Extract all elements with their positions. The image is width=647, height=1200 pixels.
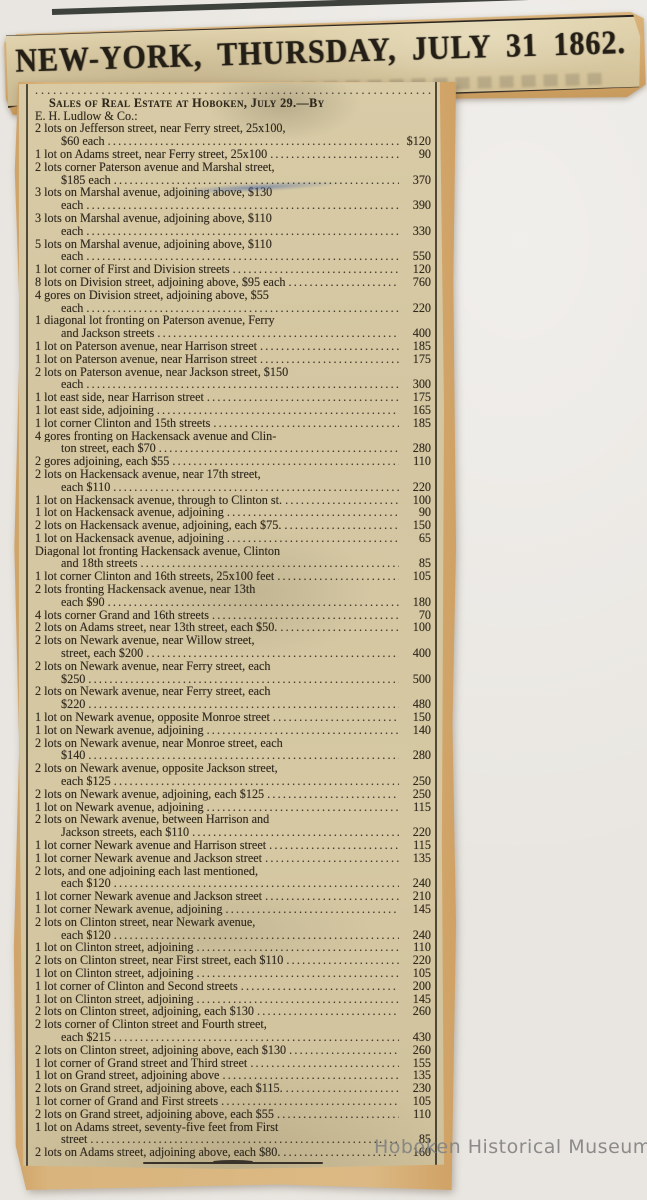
sale-price: 110 (399, 1108, 431, 1121)
dot-leader: ........................................… (283, 954, 399, 967)
sale-price: 115 (399, 801, 431, 814)
newsprint-column: ........................................… (19, 82, 444, 1169)
sale-description: 2 lots on Newark avenue, adjoining, each… (35, 788, 264, 801)
sale-entry: 1 lot corner Clinton and 16th streets, 2… (35, 570, 431, 583)
sale-entry: 2 lots, and one adjoining each last ment… (35, 865, 431, 891)
article-text-area: ........................................… (26, 82, 437, 1166)
sale-entry: 2 lots on Clinton street, adjoining, eac… (35, 1005, 431, 1018)
sale-entry: 2 lots on Newark avenue, opposite Jackso… (35, 762, 431, 788)
sale-entry: 5 lots on Marshal avenue, adjoining abov… (35, 238, 431, 264)
sale-price: 500 (399, 673, 431, 686)
sale-description: 1 lot corner Clinton and 15th streets (35, 417, 210, 430)
sale-description: 4 gores on Division street, adjoining ab… (35, 289, 431, 302)
sale-entry: 4 gores fronting on Hackensack avenue an… (35, 430, 431, 456)
dot-leader: ........................................… (193, 967, 399, 980)
sale-entry: 2 lots on Newark avenue, adjoining, each… (35, 788, 431, 801)
sale-entry: 1 lot corner Newark avenue, adjoining...… (35, 903, 431, 916)
sale-description: 2 lots on Newark avenue, near Ferry stre… (35, 685, 431, 698)
sale-description: each $125 (35, 775, 111, 788)
sale-price: 100 (399, 621, 431, 634)
dot-leader: ........................................… (204, 801, 399, 814)
sale-entry: 8 lots on Division street, adjoining abo… (35, 276, 431, 289)
sale-description: 1 lot on Clinton street, adjoining (35, 967, 193, 980)
sale-description: 2 lots on Hackensack avenue, adjoining, … (35, 519, 281, 532)
sale-description: 2 lots corner Paterson avenue and Marsha… (35, 161, 431, 174)
sale-entry: 1 lot corner of Clinton and Second stree… (35, 980, 431, 993)
sale-description: 1 lot on Adams street, seventy-five feet… (35, 1121, 431, 1134)
sale-description: 1 lot on Newark avenue, adjoining (35, 724, 204, 737)
sale-price: 280 (399, 749, 431, 762)
end-rule (143, 1162, 323, 1166)
sale-price: 150 (399, 711, 431, 724)
sale-description: 5 lots on Marshal avenue, adjoining abov… (35, 238, 431, 251)
sale-description: 2 lots on Newark avenue, near Monroe str… (35, 737, 431, 750)
sale-entry: 1 lot on Newark avenue, opposite Monroe … (35, 711, 431, 724)
sale-entry: 2 lots on Adams street, near 13th street… (35, 621, 431, 634)
sale-entry: 1 lot corner Clinton and 15th streets...… (35, 417, 431, 430)
sale-price: 90 (399, 148, 431, 161)
sale-description: 1 lot on Paterson avenue, near Harrison … (35, 340, 257, 353)
sale-entry: 1 lot on Clinton street, adjoining......… (35, 967, 431, 980)
sale-description: each $110 (35, 481, 110, 494)
torn-edge-sliver (52, 0, 637, 15)
sale-entry: 2 lots on Clinton street, adjoining abov… (35, 1044, 431, 1057)
sale-entry: 1 diagonal lot fronting on Paterson aven… (35, 314, 431, 340)
sale-description: 2 lots on Newark avenue, near Ferry stre… (35, 660, 431, 673)
sale-price: 140 (399, 724, 431, 737)
sale-description: $185 each (35, 174, 111, 187)
sale-description: each (35, 225, 83, 238)
sale-price: 260 (399, 1044, 431, 1057)
sale-entry: 1 lot on Hackensack avenue, adjoining...… (35, 532, 431, 545)
sale-entry: 2 lots on Grand street, adjoining above,… (35, 1108, 431, 1121)
dot-leader: ........................................… (264, 788, 399, 801)
sale-entry: 2 lots on Clinton street, near Newark av… (35, 916, 431, 942)
sale-description: 2 lots on Paterson avenue, near Jackson … (35, 366, 431, 379)
sale-description: 2 gores adjoining, each $55 (35, 455, 169, 468)
dot-leader: ........................................… (224, 532, 399, 545)
sale-entry: 1 lot on Newark avenue, adjoining.......… (35, 724, 431, 737)
dot-leader: ........................................… (143, 647, 399, 660)
sale-price: 430 (399, 1031, 431, 1044)
article-byline: E. H. Ludlow & Co.: (35, 110, 431, 123)
sale-description: 2 lots on Clinton street, near Newark av… (35, 916, 431, 929)
sale-entry: 2 lots on Newark avenue, near Willow str… (35, 634, 431, 660)
sale-price: 185 (399, 417, 431, 430)
sale-description: each (35, 199, 83, 212)
sale-description: 2 lots on Adams street, near 13th street… (35, 621, 277, 634)
dot-leader: ........................................… (105, 596, 399, 609)
sale-price: 175 (399, 391, 431, 404)
dot-leader: ........................................… (286, 1044, 399, 1057)
sale-price: 200 (399, 980, 431, 993)
sale-description: 2 lots on Clinton street, adjoining abov… (35, 1044, 286, 1057)
dot-leader: ........................................… (267, 148, 399, 161)
sale-price: 175 (399, 353, 431, 366)
dot-leader: ........................................… (285, 276, 399, 289)
sale-entry: 1 lot east side, near Harrison street...… (35, 391, 431, 404)
sale-price: 390 (399, 199, 431, 212)
sale-entry: Diagonal lot fronting Hackensack avenue,… (35, 545, 431, 571)
sale-price: 165 (399, 404, 431, 417)
sale-entry: 2 lots on Newark avenue, near Monroe str… (35, 737, 431, 763)
sale-entry: 2 lots corner of Clinton street and Four… (35, 1018, 431, 1044)
sale-price: 250 (399, 788, 431, 801)
dot-leader: ........................................… (111, 775, 399, 788)
dot-leader: ........................................… (210, 417, 399, 430)
sale-price: 145 (399, 903, 431, 916)
dot-leader: ........................................… (238, 980, 399, 993)
sale-entry: 1 lot on Newark avenue, adjoining.......… (35, 801, 431, 814)
sale-price: 220 (399, 481, 431, 494)
dot-leader: ........................................… (257, 353, 399, 366)
sale-price: 105 (399, 570, 431, 583)
sale-entry: 2 lots on Jefferson street, near Ferry s… (35, 122, 431, 148)
sale-description: 1 lot corner of Grand and First streets (35, 1095, 218, 1108)
dot-leader: ........................................… (274, 570, 399, 583)
sale-price: 400 (399, 647, 431, 660)
sale-price: 105 (399, 1095, 431, 1108)
dot-leader: ........................................… (83, 225, 399, 238)
sale-price: 110 (399, 455, 431, 468)
sale-price: 330 (399, 225, 431, 238)
sales-list: 2 lots on Jefferson street, near Ferry s… (35, 122, 431, 1159)
sale-description: $140 (35, 749, 85, 762)
sale-price: 150 (399, 519, 431, 532)
dot-leader: ........................................… (254, 1005, 399, 1018)
sale-description: 2 lots on Clinton street, adjoining, eac… (35, 1005, 254, 1018)
dot-leader: ........................................… (262, 890, 399, 903)
sale-entry: 2 lots corner Paterson avenue and Marsha… (35, 161, 431, 187)
sale-description: $250 (35, 673, 85, 686)
sale-price: 185 (399, 340, 431, 353)
sale-entry: 1 lot corner Newark avenue and Harrison … (35, 839, 431, 852)
dot-leader: ........................................… (283, 1082, 399, 1095)
sale-description: 2 lots on Hackensack avenue, near 17th s… (35, 468, 431, 481)
dot-leader: ........................................… (85, 673, 399, 686)
dot-leader: ........................................… (274, 1108, 399, 1121)
sale-description: 1 lot corner Newark avenue, adjoining (35, 903, 222, 916)
sale-entry: 2 gores adjoining, each $55.............… (35, 455, 431, 468)
sale-description: each (35, 302, 83, 315)
sale-description: 1 lot east side, near Harrison street (35, 391, 204, 404)
sale-entry: 3 lots on Marshal avenue, adjoining abov… (35, 212, 431, 238)
dot-leader: ........................................… (154, 404, 399, 417)
dot-leader: ........................................… (262, 852, 399, 865)
sale-price: 135 (399, 852, 431, 865)
sale-entry: 2 lots on Hackensack avenue, near 17th s… (35, 468, 431, 494)
dot-leader: ........................................… (218, 1095, 399, 1108)
dot-leader: ........................................… (204, 724, 399, 737)
sale-description: 1 lot on Hackensack avenue, adjoining (35, 532, 224, 545)
sale-entry: 1 lot on Paterson avenue, near Harrison … (35, 340, 431, 353)
dot-leader: ........................................… (270, 711, 399, 724)
sale-description: 8 lots on Division street, adjoining abo… (35, 276, 285, 289)
dot-leader: ........................................… (111, 1031, 399, 1044)
sale-entry: 1 lot corner Newark avenue and Jackson s… (35, 852, 431, 865)
sale-price: 250 (399, 775, 431, 788)
dot-leader: ........................................… (110, 481, 399, 494)
dot-leader: ........................................… (281, 519, 399, 532)
sale-description: each $215 (35, 1031, 111, 1044)
dot-leader: ........................................… (277, 621, 399, 634)
sale-price: 260 (399, 1005, 431, 1018)
sale-entry: 2 lots on Hackensack avenue, adjoining, … (35, 519, 431, 532)
sale-description: 1 lot on Newark avenue, opposite Monroe … (35, 711, 270, 724)
sale-description: street, each $200 (35, 647, 143, 660)
sale-description: 1 lot corner of Clinton and Second stree… (35, 980, 238, 993)
sale-price: 65 (399, 532, 431, 545)
dot-leader: ........................................… (156, 442, 399, 455)
sale-price: 370 (399, 174, 431, 187)
sale-description: 1 lot corner Newark avenue and Harrison … (35, 839, 266, 852)
sale-price: 115 (399, 839, 431, 852)
sale-description: 1 lot on Newark avenue, adjoining (35, 801, 204, 814)
sale-description: 2 lots on Grand street, adjoining above,… (35, 1108, 274, 1121)
sale-entry: 1 lot on Paterson avenue, near Harrison … (35, 353, 431, 366)
dot-leader: ........................................… (85, 749, 399, 762)
article-clipping: ........................................… (13, 82, 456, 1190)
dot-leader: ........................................… (83, 199, 399, 212)
dot-leader: ........................................… (257, 340, 399, 353)
sale-description: 1 lot on Paterson avenue, near Harrison … (35, 353, 257, 366)
dot-leader: ........................................… (247, 1057, 399, 1070)
dotted-separator: ........................................… (35, 84, 431, 97)
sale-entry: 1 lot on Adams street, seventy-five feet… (35, 1121, 431, 1147)
sale-entry: 1 lot corner of Grand and First streets.… (35, 1095, 431, 1108)
sale-entry: 2 lots on Newark avenue, near Ferry stre… (35, 685, 431, 711)
sale-description: 1 lot corner Newark avenue and Jackson s… (35, 852, 262, 865)
dot-leader: ........................................… (204, 391, 399, 404)
sale-entry: 4 gores on Division street, adjoining ab… (35, 289, 431, 315)
sale-description: 1 lot east side, adjoining (35, 404, 154, 417)
sale-price: 220 (399, 302, 431, 315)
sale-description: 3 lots on Marshal avenue, adjoining abov… (35, 212, 431, 225)
sale-entry: 2 lots on Newark avenue, near Ferry stre… (35, 660, 431, 686)
sale-entry: 2 lots fronting Hackensack avenue, near … (35, 583, 431, 609)
dot-leader: ........................................… (282, 494, 399, 507)
sale-description: 2 lots fronting Hackensack avenue, near … (35, 583, 431, 596)
dot-leader: ........................................… (222, 903, 399, 916)
article-heading: Sales of Real Estate at Hoboken, July 29… (35, 97, 431, 110)
sale-entry: 2 lots on Newark avenue, between Harriso… (35, 813, 431, 839)
sale-price: 105 (399, 967, 431, 980)
sale-description: each $90 (35, 596, 105, 609)
dot-leader: ........................................… (266, 839, 399, 852)
sale-description: 2 lots on Adams street, adjoining above,… (35, 1146, 280, 1159)
sale-price: 180 (399, 596, 431, 609)
dot-leader: ........................................… (169, 455, 399, 468)
sale-entry: 1 lot east side, adjoining..............… (35, 404, 431, 417)
dot-leader: ........................................… (83, 302, 399, 315)
sale-entry: 2 lots on Paterson avenue, near Jackson … (35, 366, 431, 392)
watermark: Hoboken Historical Museum (374, 1136, 647, 1158)
sale-description: 1 lot on Adams street, near Ferry street… (35, 148, 267, 161)
sale-entry: 1 lot on Adams street, near Ferry street… (35, 148, 431, 161)
sale-price: 760 (399, 276, 431, 289)
sale-entry: 2 lots on Adams street, adjoining above,… (35, 1146, 431, 1159)
sale-description: 1 lot corner Clinton and 16th streets, 2… (35, 570, 274, 583)
